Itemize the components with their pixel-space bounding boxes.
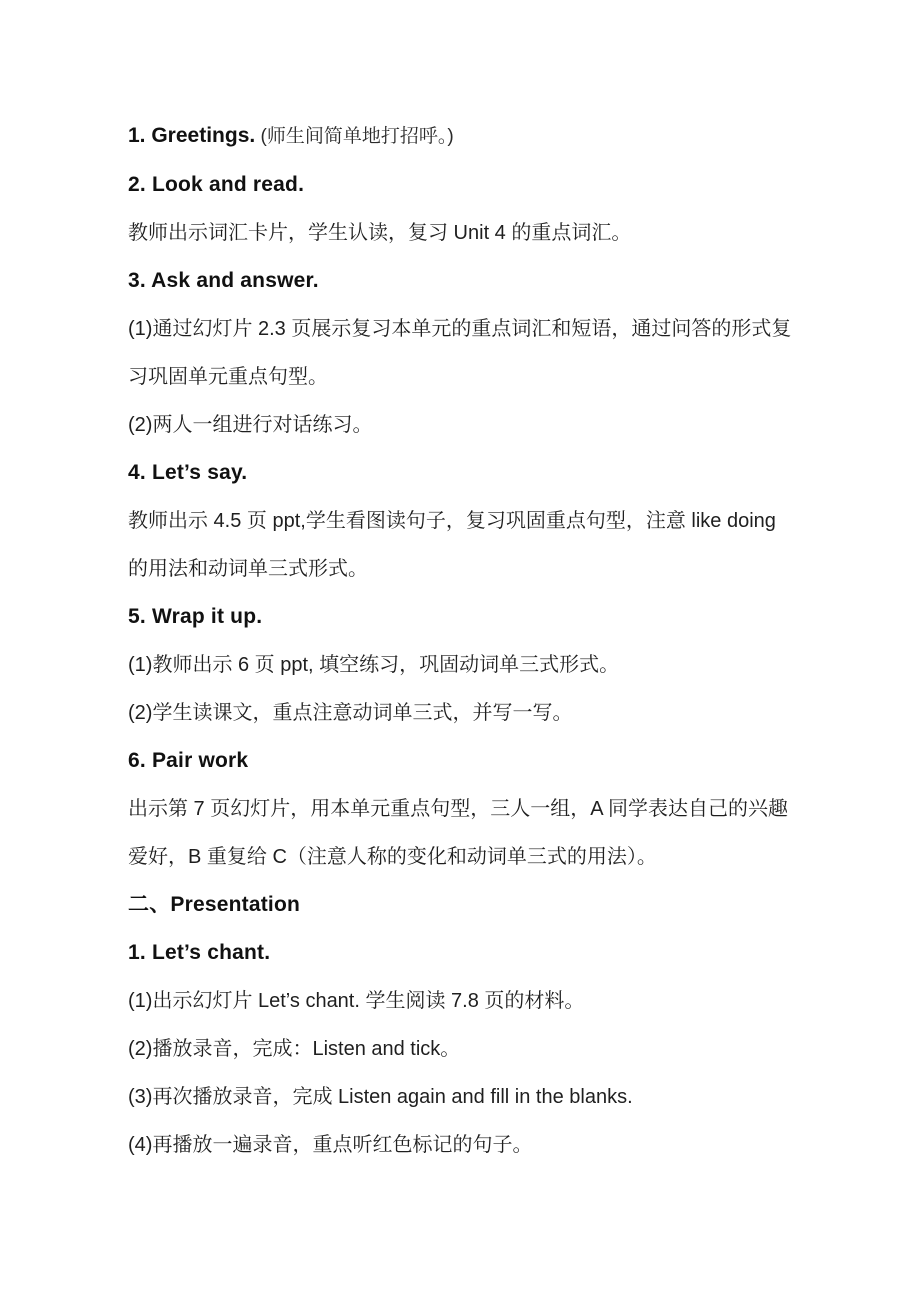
- step-4-lets-say-heading: 4. Let’s say.: [128, 449, 792, 497]
- step-3-ask-and-answer-heading: 3. Ask and answer.: [128, 257, 792, 305]
- step-5-item-2: (2)学生读课文，重点注意动词单三式，并写一写。: [128, 689, 792, 737]
- document-page: 1. Greetings. (师生间简单地打招呼。) 2. Look and r…: [0, 0, 920, 1302]
- step-1-greetings-note: (师生间简单地打招呼。): [255, 126, 453, 147]
- step-6-pair-work-heading: 6. Pair work: [128, 737, 792, 785]
- step-2-body: 教师出示词汇卡片，学生认读，复习 Unit 4 的重点词汇。: [128, 209, 792, 257]
- step-1-greetings-line: 1. Greetings. (师生间简单地打招呼。): [128, 112, 792, 161]
- lets-chant-item-4: (4)再播放一遍录音，重点听红色标记的句子。: [128, 1121, 792, 1169]
- step-3-item-2: (2)两人一组进行对话练习。: [128, 401, 792, 449]
- section-2-presentation-heading: 二、Presentation: [128, 881, 792, 929]
- step-5-wrap-it-up-heading: 5. Wrap it up.: [128, 593, 792, 641]
- lets-chant-item-3: (3)再次播放录音，完成 Listen again and fill in th…: [128, 1073, 792, 1121]
- presentation-step-1-lets-chant-heading: 1. Let’s chant.: [128, 929, 792, 977]
- step-2-look-and-read-heading: 2. Look and read.: [128, 161, 792, 209]
- step-6-body: 出示第 7 页幻灯片，用本单元重点句型，三人一组，A 同学表达自己的兴趣爱好，B…: [128, 785, 792, 881]
- step-4-body: 教师出示 4.5 页 ppt,学生看图读句子，复习巩固重点句型，注意 like …: [128, 497, 792, 593]
- step-3-item-1: (1)通过幻灯片 2.3 页展示复习本单元的重点词汇和短语，通过问答的形式复习巩…: [128, 305, 792, 401]
- lesson-plan-text-block: 1. Greetings. (师生间简单地打招呼。) 2. Look and r…: [128, 112, 792, 1169]
- step-1-greetings-heading: 1. Greetings.: [128, 124, 255, 147]
- lets-chant-item-2: (2)播放录音，完成：Listen and tick。: [128, 1025, 792, 1073]
- step-5-item-1: (1)教师出示 6 页 ppt, 填空练习，巩固动词单三式形式。: [128, 641, 792, 689]
- lets-chant-item-1: (1)出示幻灯片 Let’s chant. 学生阅读 7.8 页的材料。: [128, 977, 792, 1025]
